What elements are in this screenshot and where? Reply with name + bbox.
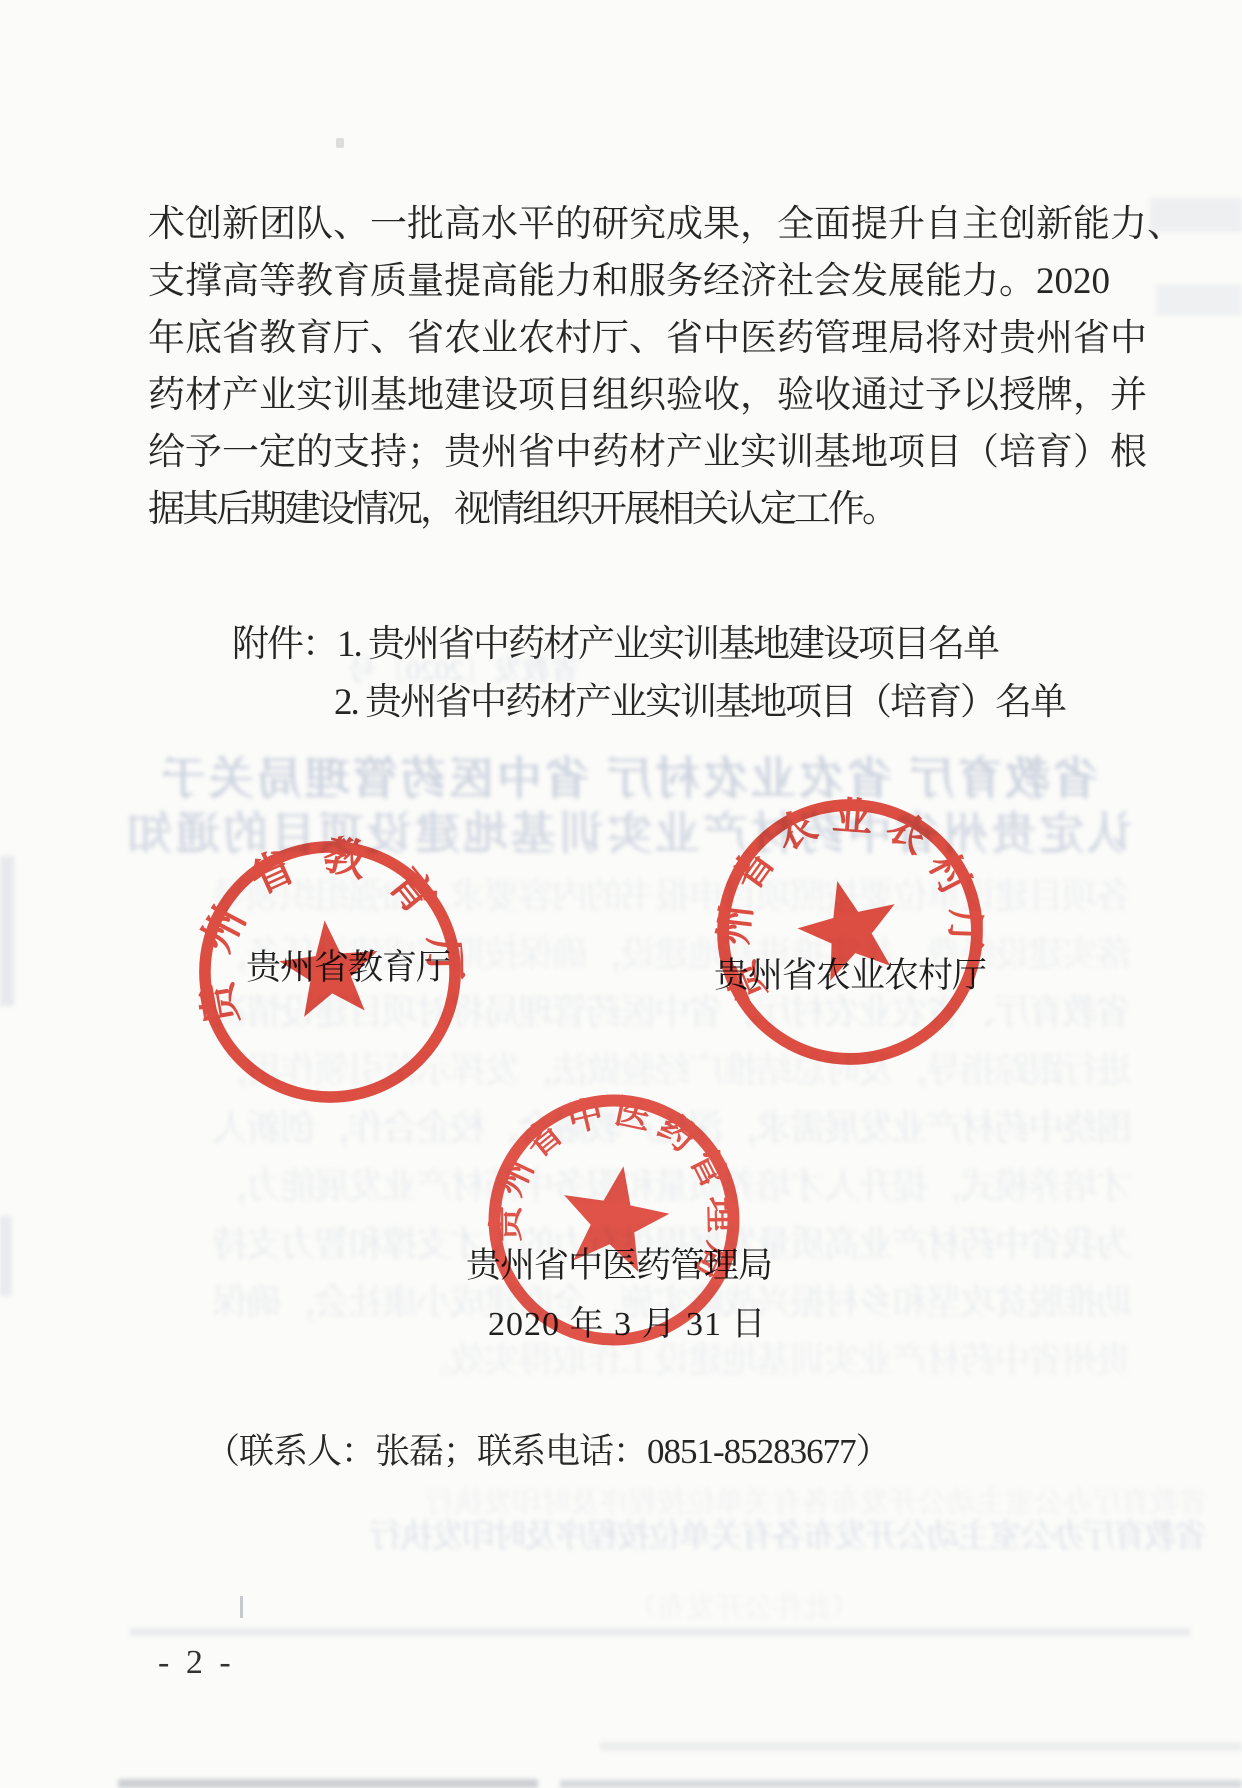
- bleed-through-doc-number: 省教发〔2020〕号: [150, 648, 580, 689]
- scan-bottom-strip: [600, 1742, 1242, 1751]
- paragraph-line: 药材产业实训基地建设项目组织验收，验收通过予以授牌，并: [148, 367, 1078, 424]
- paragraph-line: 据其后期建设情况，视情组织开展相关认定工作。: [148, 481, 1078, 538]
- contact-line: （联系人：张磊；联系电话：0851-85283677）: [205, 1424, 890, 1474]
- body-paragraph: 术创新团队、一批高水平的研究成果，全面提升自主创新能力、 支撑高等教育质量提高能…: [148, 196, 1078, 538]
- paragraph-line: 术创新团队、一批高水平的研究成果，全面提升自主创新能力、: [148, 196, 1078, 253]
- official-seal-education: 贵州省教育厅: [183, 825, 478, 1120]
- paragraph-line: 支撑高等教育质量提高能力和服务经济社会发展能力。2020: [148, 253, 1078, 310]
- scanned-document-page: { "document": { "page_number": "- 2 -", …: [0, 0, 1242, 1788]
- seal-graphic: 贵州省教育厅: [183, 825, 478, 1120]
- scan-edge-artifact: [1150, 198, 1242, 232]
- scan-bottom-strip: [118, 1779, 538, 1788]
- scan-bottom-strip: [560, 1780, 1242, 1788]
- official-seal-tcm: 贵州省中医药管理局: [466, 1072, 763, 1369]
- scan-speck: [240, 1596, 243, 1618]
- scan-edge-artifact: [0, 856, 14, 1006]
- seal-star-icon: [553, 1157, 676, 1276]
- paragraph-line: 给予一定的支持；贵州省中药材产业实训基地项目（培育）根: [148, 424, 1078, 481]
- bleed-through-text-line: （此件公开发布）: [360, 1585, 860, 1626]
- bleed-through-text-line: 省教育厅办公室主动公开发布各有关单位按程序及时印发执行: [128, 1510, 1208, 1557]
- bleed-through-bar: [130, 1628, 1190, 1636]
- seal-graphic: 贵州省中医药管理局: [466, 1072, 763, 1369]
- paragraph-line: 年底省教育厅、省农业农村厅、省中医药管理局将对贵州省中: [148, 310, 1078, 367]
- scan-edge-artifact: [0, 1216, 12, 1296]
- scan-speck: [336, 138, 344, 148]
- scan-edge-artifact: [1156, 284, 1242, 316]
- page-number: - 2 -: [158, 1644, 235, 1682]
- seal-star-icon: [276, 915, 384, 1019]
- seal-star-icon: [789, 869, 909, 985]
